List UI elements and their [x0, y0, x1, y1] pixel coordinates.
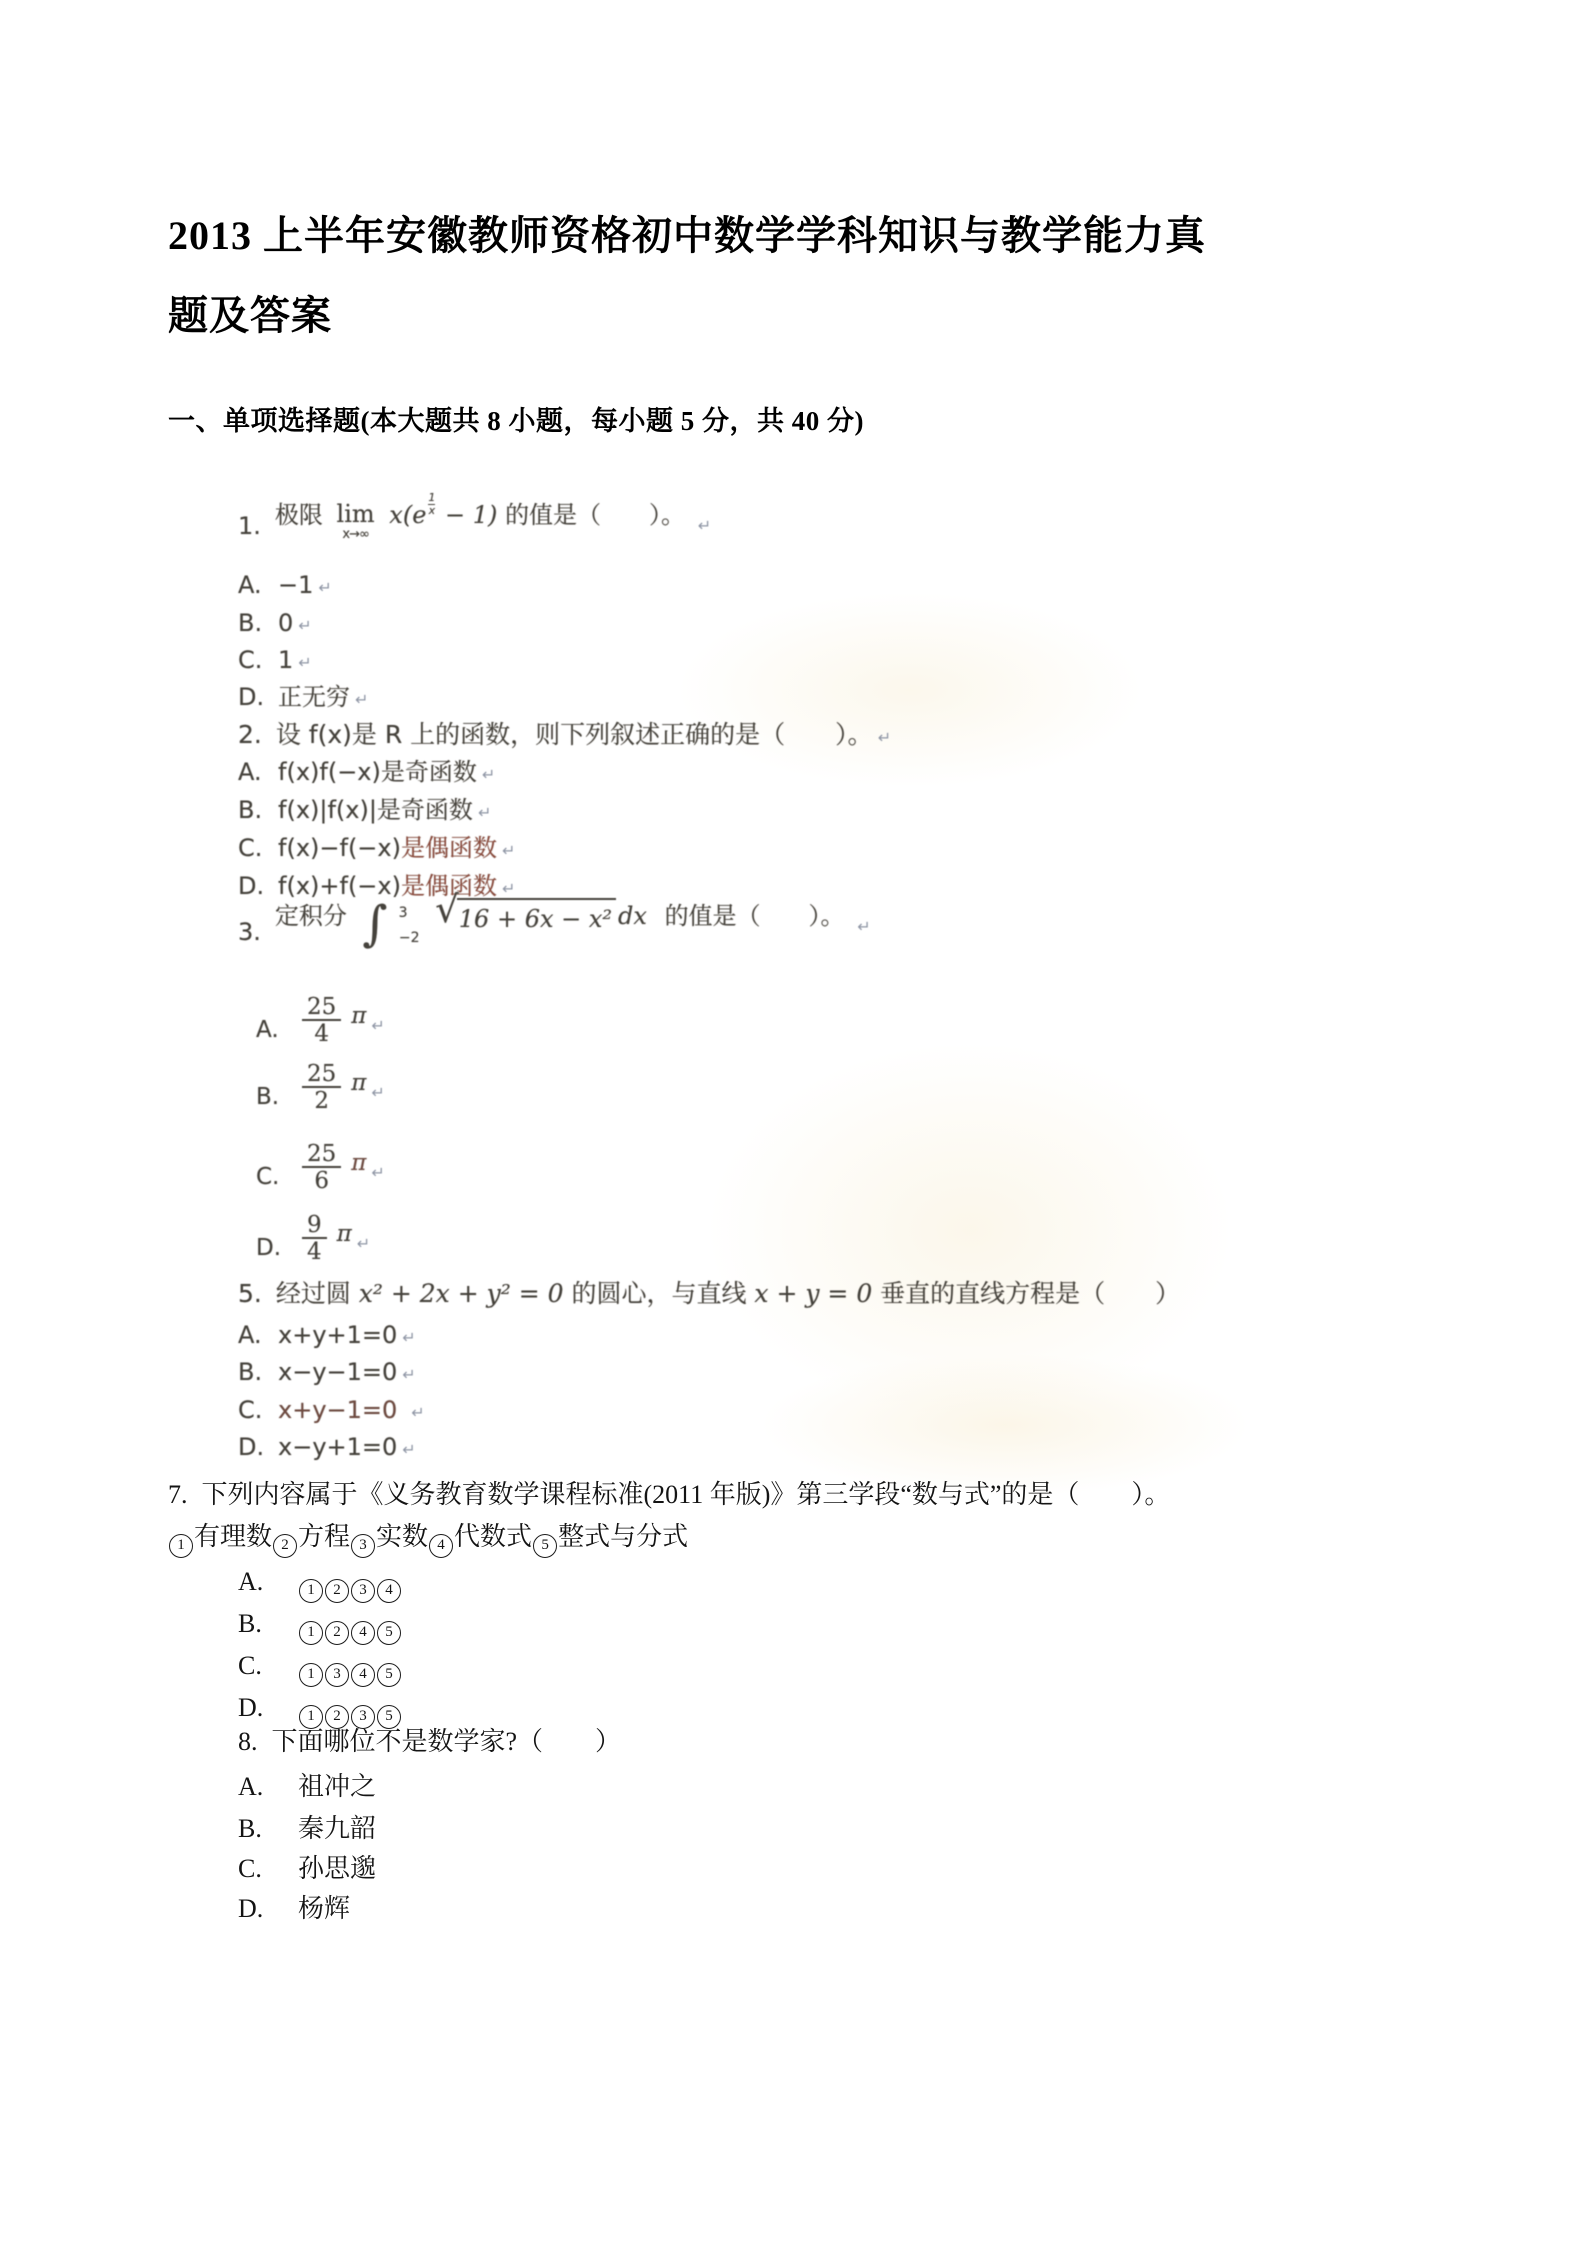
differential: dx — [618, 902, 647, 930]
return-mark-icon: ↵ — [371, 1161, 384, 1185]
circled-number: 5 — [533, 1534, 557, 1558]
option-label: D. — [238, 680, 278, 714]
option-label: A. — [238, 1318, 278, 1352]
page-title-line-2: 题及答案 — [168, 276, 1348, 356]
question-7-items: 1有理数2方程3实数4代数式5整式与分式 — [168, 1518, 688, 1558]
document-page: 2013 上半年安徽教师资格初中数学学科知识与教学能力真 题及答案 一、单项选择… — [0, 0, 1586, 2244]
fraction: 94 — [302, 1213, 327, 1264]
circled-number: 4 — [377, 1579, 401, 1603]
q8-option-b: B.秦九韶 — [238, 1810, 376, 1848]
option-label: A. — [238, 568, 278, 602]
option-label: B. — [256, 1085, 302, 1113]
option-text: −1 — [278, 571, 313, 599]
return-mark-icon: ↵ — [411, 1403, 424, 1422]
return-mark-icon: ↵ — [698, 516, 711, 535]
option-label: B. — [238, 1355, 278, 1389]
math-expression: − 1) — [445, 501, 497, 529]
stem-text: 垂直的直线方程是（ ） — [872, 1279, 1180, 1308]
question-2-stem: 2.设 f(x)是 R 上的函数，则下列叙述正确的是（ ）。↵ — [238, 718, 891, 755]
option-text: x−y−1=0 — [278, 1358, 397, 1386]
option-label: D. — [238, 1689, 298, 1727]
section-heading: 一、单项选择题(本大题共 8 小题，每小题 5 分，共 40 分) — [168, 399, 864, 438]
return-mark-icon: ↵ — [402, 1328, 415, 1347]
stem-text: 设 f(x)是 R 上的函数，则下列叙述正确的是（ ）。 — [276, 720, 873, 749]
question-number: 1. — [238, 509, 261, 543]
stem-text: 的值是（ ）。 — [505, 501, 685, 529]
question-number: 8. — [238, 1723, 258, 1761]
q8-option-d: D.杨辉 — [238, 1890, 350, 1928]
q5-option-c: C.x+y−1=0↵ — [238, 1393, 425, 1430]
q2-option-a: A.f(x)f(−x)是奇函数↵ — [238, 755, 495, 792]
circled-number: 4 — [351, 1621, 375, 1645]
q3-option-d: D.94π↵ — [256, 1213, 370, 1264]
circled-number: 3 — [351, 1579, 375, 1603]
return-mark-icon: ↵ — [357, 1232, 370, 1256]
option-label: C. — [238, 1393, 278, 1427]
question-number: 7. — [168, 1476, 188, 1514]
q3-option-a: A.254π↵ — [256, 995, 385, 1046]
q1-option-b: B.0↵ — [238, 606, 312, 643]
option-label: B. — [238, 606, 278, 640]
return-mark-icon: ↵ — [402, 1365, 415, 1384]
return-mark-icon: ↵ — [502, 879, 515, 898]
scan-stain — [620, 980, 1320, 1480]
return-mark-icon: ↵ — [318, 578, 331, 597]
option-text: 秦九韶 — [298, 1814, 376, 1843]
return-mark-icon: ↵ — [482, 765, 495, 784]
return-mark-icon: ↵ — [402, 1440, 415, 1459]
option-text: 0 — [278, 609, 293, 637]
stem-text: 的值是（ ）。 — [665, 902, 845, 930]
option-label: C. — [238, 1850, 298, 1888]
q7-option-c: C.1345 — [238, 1647, 402, 1687]
q3-option-c: C.256π↵ — [256, 1142, 385, 1193]
page-title: 2013 上半年安徽教师资格初中数学学科知识与教学能力真 题及答案 — [168, 196, 1348, 356]
option-text: f(x)|f(x)|是奇函数 — [278, 796, 473, 824]
option-label: A. — [238, 1563, 298, 1601]
return-mark-icon: ↵ — [371, 1014, 384, 1038]
option-text: 正无穷 — [278, 683, 350, 711]
fraction: 256 — [302, 1142, 341, 1193]
stem-text: 经过圆 — [276, 1279, 359, 1308]
option-text: 杨辉 — [298, 1894, 350, 1923]
q5-option-a: A.x+y+1=0↵ — [238, 1318, 416, 1355]
radical-expression: √16 + 6x − x² — [435, 898, 616, 936]
item-text: 有理数 — [194, 1522, 272, 1551]
pi-symbol: π — [351, 1071, 366, 1095]
circled-number: 1 — [299, 1579, 323, 1603]
pi-symbol: π — [351, 1004, 366, 1028]
exponent-fraction: 1x — [428, 492, 435, 516]
q8-option-a: A.祖冲之 — [238, 1768, 376, 1806]
q2-option-c: C.f(x)−f(−x)是偶函数↵ — [238, 831, 515, 868]
q1-option-a: A.−1↵ — [238, 568, 332, 605]
option-label: C. — [256, 1165, 302, 1193]
math-expression: x(e — [389, 501, 426, 529]
question-number: 5. — [238, 1277, 262, 1311]
option-label: C. — [238, 831, 278, 865]
item-text: 实数 — [376, 1522, 428, 1551]
item-text: 方程 — [298, 1522, 350, 1551]
circled-number: 3 — [325, 1663, 349, 1687]
question-3-formula: 定积分 ∫3−2 √16 + 6x − x²dx 的值是（ ）。 ↵ — [275, 898, 871, 949]
stem-text: 极限 — [275, 501, 323, 529]
item-text: 整式与分式 — [558, 1522, 688, 1551]
question-3-stem: 3. 定积分 ∫3−2 √16 + 6x − x²dx 的值是（ ）。 ↵ — [238, 898, 871, 949]
option-text-red: 是偶函数 — [401, 834, 497, 862]
option-text: x−y+1=0 — [278, 1433, 397, 1461]
page-title-line-1: 2013 上半年安徽教师资格初中数学学科知识与教学能力真 — [168, 196, 1348, 276]
question-7-stem: 7.下列内容属于《义务教育数学课程标准(2011 年版)》第三学段“数与式”的是… — [168, 1476, 1170, 1514]
circled-number: 2 — [273, 1534, 297, 1558]
q2-option-b: B.f(x)|f(x)|是奇函数↵ — [238, 793, 491, 830]
option-label: C. — [238, 1647, 298, 1685]
stem-text: 下面哪位不是数学家?（ ） — [272, 1727, 622, 1756]
return-mark-icon: ↵ — [298, 616, 311, 635]
circled-number: 3 — [351, 1534, 375, 1558]
return-mark-icon: ↵ — [878, 728, 891, 747]
stem-text: 定积分 — [275, 902, 347, 930]
circled-number: 5 — [377, 1621, 401, 1645]
scan-stain — [600, 560, 1220, 820]
circled-number: 2 — [325, 1621, 349, 1645]
option-label: D. — [256, 1236, 302, 1264]
q7-option-a: A.1234 — [238, 1563, 402, 1603]
item-text: 代数式 — [454, 1522, 532, 1551]
question-1-stem: 1. 极限 limx→∞ x(e1x − 1) 的值是（ ）。 ↵ — [238, 492, 711, 543]
option-label: B. — [238, 793, 278, 827]
return-mark-icon: ↵ — [857, 917, 870, 936]
integral-lower-bound: −2 — [399, 921, 420, 955]
circled-number: 1 — [299, 1621, 323, 1645]
fraction: 254 — [302, 995, 341, 1046]
option-label: D. — [238, 1430, 278, 1464]
option-label: C. — [238, 643, 278, 677]
option-text: x+y+1=0 — [278, 1321, 397, 1349]
option-label: D. — [238, 1890, 298, 1928]
math-expression: x + y = 0 — [754, 1279, 872, 1308]
q5-option-b: B.x−y−1=0↵ — [238, 1355, 416, 1392]
question-number: 3. — [238, 915, 261, 949]
circled-number: 2 — [325, 1579, 349, 1603]
option-label: A. — [238, 755, 278, 789]
question-8-stem: 8.下面哪位不是数学家?（ ） — [238, 1723, 621, 1761]
q5-option-d: D.x−y+1=0↵ — [238, 1430, 416, 1467]
circled-number: 1 — [169, 1534, 193, 1558]
option-text: f(x)−f(−x) — [278, 834, 401, 862]
option-label: B. — [238, 1810, 298, 1848]
fraction: 252 — [302, 1062, 341, 1113]
option-text: 孙思邈 — [298, 1854, 376, 1883]
limit-notation: limx→∞ — [337, 502, 375, 541]
return-mark-icon: ↵ — [298, 653, 311, 672]
option-text: 1 — [278, 646, 293, 674]
return-mark-icon: ↵ — [478, 803, 491, 822]
q8-option-c: C.孙思邈 — [238, 1850, 376, 1888]
option-label: A. — [238, 1768, 298, 1806]
stem-text: 下列内容属于《义务教育数学课程标准(2011 年版)》第三学段“数与式”的是（ … — [202, 1480, 1171, 1509]
option-text: f(x)f(−x)是奇函数 — [278, 758, 477, 786]
return-mark-icon: ↵ — [371, 1081, 384, 1105]
question-number: 2. — [238, 718, 262, 752]
q1-option-d: D.正无穷↵ — [238, 680, 368, 717]
return-mark-icon: ↵ — [502, 841, 515, 860]
question-5-stem: 5.经过圆 x² + 2x + y² = 0 的圆心，与直线 x + y = 0… — [238, 1277, 1180, 1311]
circled-number: 1 — [299, 1663, 323, 1687]
question-1-formula: 极限 limx→∞ x(e1x − 1) 的值是（ ）。 ↵ — [275, 492, 711, 543]
math-expression: x² + 2x + y² = 0 — [359, 1279, 564, 1308]
q1-option-c: C.1↵ — [238, 643, 312, 680]
option-label: A. — [256, 1018, 302, 1046]
circled-number: 4 — [351, 1663, 375, 1687]
pi-symbol: π — [351, 1151, 366, 1175]
circled-number: 4 — [429, 1534, 453, 1558]
return-mark-icon: ↵ — [355, 690, 368, 709]
q3-option-b: B.252π↵ — [256, 1062, 385, 1113]
q7-option-b: B.1245 — [238, 1605, 402, 1645]
radical-sign: √ — [435, 891, 459, 928]
option-text: x+y−1=0 — [278, 1396, 397, 1424]
option-label: B. — [238, 1605, 298, 1643]
circled-number: 5 — [377, 1663, 401, 1687]
option-text: 祖冲之 — [298, 1772, 376, 1801]
stem-text: 的圆心，与直线 — [564, 1279, 755, 1308]
pi-symbol: π — [337, 1222, 352, 1246]
integral-sign: ∫3−2 — [363, 904, 418, 949]
